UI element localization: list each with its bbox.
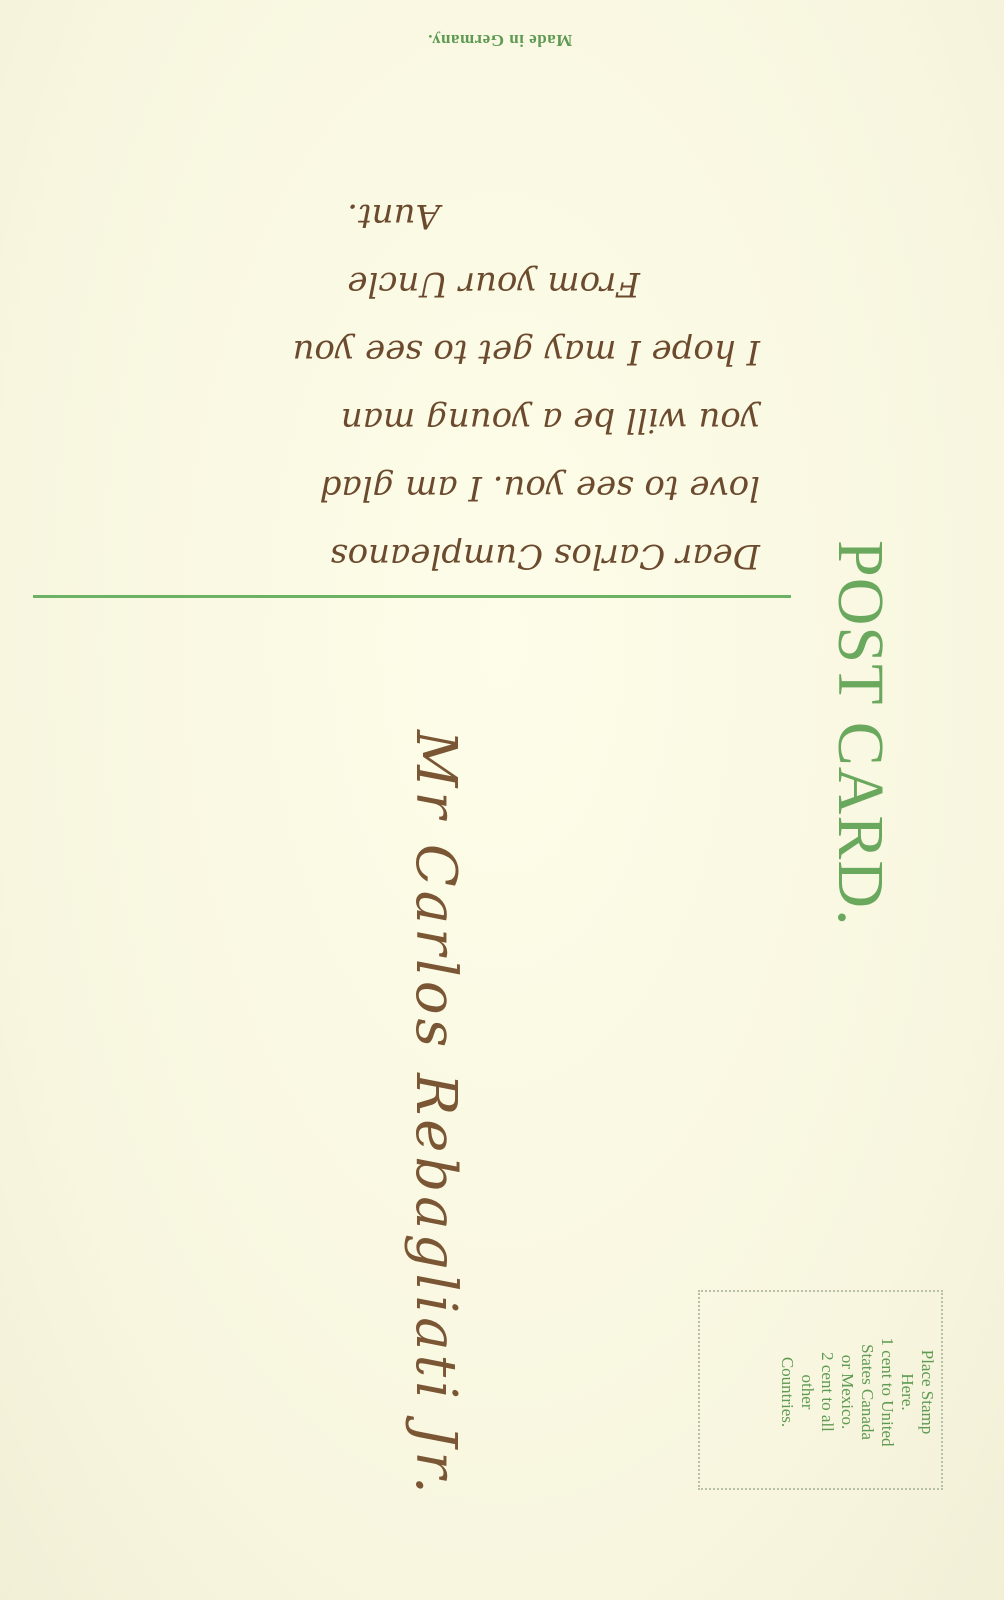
post-card-title: POST CARD. <box>820 540 900 927</box>
message-line: love to see you. I am glad <box>0 454 760 522</box>
address-block: Mr Carlos Rebagliati Jr. <box>395 730 485 1530</box>
message-line: I hope I may get to see you <box>0 318 760 386</box>
postcard-back: Made in Germany. Dear Carlos Cumpleanos … <box>0 0 1004 1600</box>
stamp-line: Here. <box>897 1292 917 1492</box>
stamp-line: Place Stamp <box>917 1292 937 1492</box>
handwritten-message: Dear Carlos Cumpleanos love to see you. … <box>0 230 800 590</box>
stamp-line: or Mexico. <box>837 1292 857 1492</box>
message-line: Aunt. <box>0 182 760 250</box>
imprint-made-in-germany: Made in Germany. <box>370 30 630 50</box>
stamp-line: other <box>797 1292 817 1492</box>
message-line: From your Uncle <box>0 250 760 318</box>
stamp-line: Countries. <box>777 1292 797 1492</box>
stamp-line: 1 cent to United <box>877 1292 897 1492</box>
message-line: you will be a young man <box>0 386 760 454</box>
message-line: Dear Carlos Cumpleanos <box>0 522 760 590</box>
stamp-placement-box: Place Stamp Here. 1 cent to United State… <box>698 1290 943 1490</box>
message-divider-line <box>33 595 791 598</box>
stamp-instructions: Place Stamp Here. 1 cent to United State… <box>700 1292 945 1492</box>
stamp-line: 2 cent to all <box>817 1292 837 1492</box>
recipient-name: Mr Carlos Rebagliati Jr. <box>395 730 475 1498</box>
post-card-heading: POST CARD. <box>820 540 900 1060</box>
stamp-line: States Canada <box>857 1292 877 1492</box>
